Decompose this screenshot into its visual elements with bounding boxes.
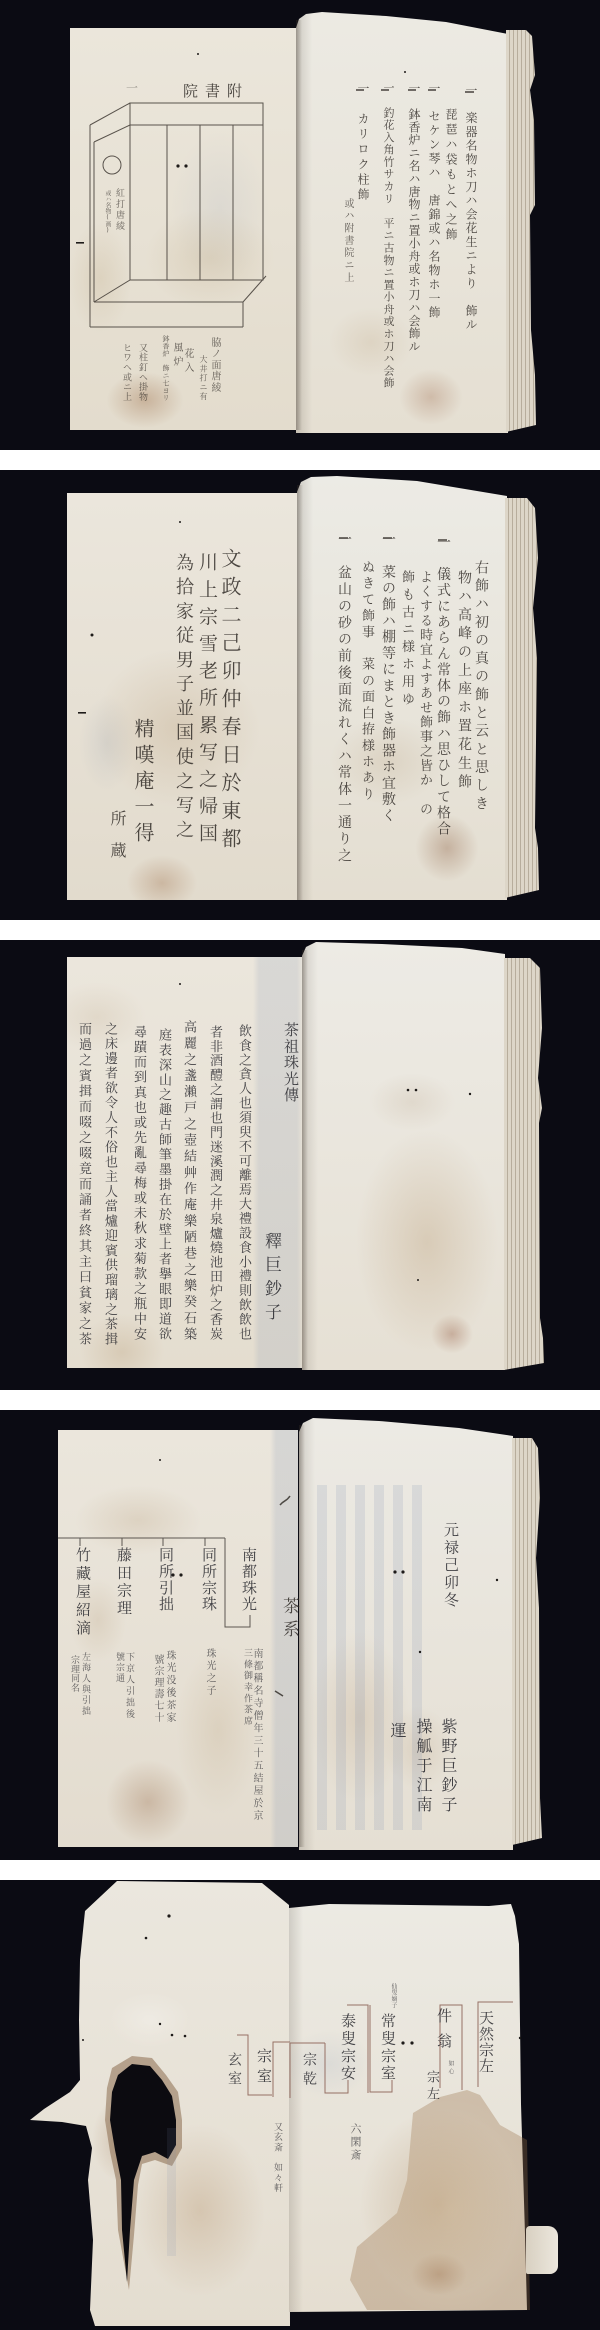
drawing-caption: 鉢香炉 飾ニ七ヨリ: [161, 335, 169, 401]
drawing-caption: 風炉: [171, 342, 182, 366]
photo-separator: [0, 450, 600, 470]
photo-5-damaged-book-spread: 宗室 玄室 又玄斎 如々軒 天然宗左 件翁 如心 宗左 仙叟嫡子 常叟宗室 泰叟…: [0, 1880, 600, 2330]
diagram-title-mark: 一: [126, 79, 138, 96]
lineage-note: 號宗理壽七十: [152, 1654, 163, 1722]
lineage-name: 常叟宗室: [379, 2013, 396, 2080]
page-marks: [0, 470, 600, 920]
lineage-name: 宗室: [255, 2048, 272, 2083]
lineage-note: 又玄斎 如々軒: [271, 2122, 281, 2192]
photo-3-book-spread: 茶祖珠光傳 釋巨鈔子 飲食之貪人也須臾不可離焉大禮設食小禮則飲飲也 者非酒醴之謂…: [0, 940, 600, 1390]
lineage-note: 三條御幸作茶席: [241, 1648, 251, 1725]
text-column: 琵琶ハ袋もとへ之飾: [443, 108, 457, 240]
lineage-chart-lines: [0, 1410, 600, 1860]
drawing-caption: 又柱釘ヘ掛物: [136, 343, 146, 401]
lineage-note: 左海人與引拙: [79, 1652, 89, 1715]
lineage-name: 同所宗珠: [200, 1547, 217, 1611]
text-column: 右飾ハ初の真の飾と云と思しき: [472, 560, 488, 810]
photo-separator: [0, 920, 600, 940]
text-column: 一 儀式にあらん常体の飾ハ思ひして格合: [434, 535, 450, 835]
colophon-date: 元禄己卯冬: [442, 1522, 459, 1607]
lineage-small-note: 仙叟嫡子: [389, 1983, 396, 2008]
colophon-column: 為拾家従男子並国使之写之: [173, 553, 193, 838]
circle-caption: 紅打唐綾: [113, 188, 123, 230]
drawing-caption: ヒワヘ或ニ上: [120, 343, 130, 401]
lineage-note: 號宗通: [113, 1652, 123, 1682]
colophon-column: 文政二己卯仲春日於東都: [219, 548, 241, 848]
lineage-name: 玄室: [225, 2052, 241, 2085]
colophon-owned: 所蔵: [108, 810, 126, 858]
lineage-note: 南都稱名寺僧年三十五結屋於京: [251, 1648, 262, 1820]
lineage-name: 竹藏屋紹滴: [74, 1547, 91, 1635]
text-column: 之床邊者欲令人不俗也主人當爐迎賓供瑠璃之茶揖: [101, 1022, 116, 1345]
text-column: 物ハ高峰の上座ホ置花生飾: [455, 570, 471, 788]
lineage-heading: 茶系: [279, 1597, 298, 1637]
text-column: 高麗之盞瀨戸之壺結艸作庵樂陋巷之樂癸石築: [180, 1020, 195, 1340]
text-column: 或ハ附書院ニ上: [341, 198, 353, 282]
text-column: 者非酒醴之謂也門迷溪潤之井泉爐燒池田炉之香炭: [206, 1025, 221, 1340]
text-column: 飲食之貪人也須臾不可離焉大禮設食小禮則飲飲也: [235, 1024, 250, 1340]
photo-1-book-spread: 一 附書院 紅打唐綾 或ハ名物(画) 脇ノ面唐綾 大井打ニ有 花入 風炉 鉢香炉…: [0, 0, 600, 450]
lineage-name: 藤田宗理: [115, 1547, 132, 1615]
text-column: 一 カリロク柱飾: [355, 82, 369, 200]
drawing-caption: 大井打ニ有: [198, 355, 207, 400]
colophon-column: 紫野巨鈔子: [439, 1718, 457, 1812]
diagram-title: 附書院: [183, 80, 249, 101]
text-column: 一 菜の飾ハ棚等にまとき飾器ホ宜敷く: [379, 532, 395, 822]
photo-separator: [0, 1390, 600, 1410]
text-column: 一 盆山の砂の前後面流れくハ常体一通り之: [335, 532, 351, 862]
photo-separator: [0, 1860, 600, 1880]
drawing-caption: 脇ノ面唐綾: [209, 337, 220, 392]
lineage-name: 泰叟宗安: [339, 2013, 356, 2080]
lineage-name: 南都珠光: [240, 1547, 257, 1611]
text-column: 一 鉢香炉ニ名ハ唐物ニ置小舟或ホ刀ハ会飾ル: [406, 82, 420, 352]
shoin-alcove-drawing: [0, 0, 600, 450]
lineage-note: 珠光之子: [204, 1648, 215, 1695]
lineage-note: 宗理同名: [68, 1655, 78, 1692]
book-author: 釋巨鈔子: [261, 1232, 280, 1320]
photo-4-book-spread: 茶系 南都珠光 同所宗珠 同所引拙 藤田宗理 竹藏屋紹滴 南都稱名寺僧年三十五結…: [0, 1410, 600, 1860]
lineage-note: 下京人引拙後: [123, 1652, 133, 1718]
colophon-column: 運: [388, 1722, 406, 1738]
text-column: 一 釣花入角竹サカリ 平ニ古物ニ置小舟或ホ刀ハ会飾: [381, 82, 394, 388]
text-column: 庭表深山之趣古師筆墨掛在於壁上者擧眼即道欲: [155, 1028, 170, 1340]
text-column: ぬきて飾事 菜の面白拵様ホあり: [358, 560, 373, 800]
colophon-column: 操觚于江南: [414, 1718, 432, 1812]
lineage-name: 同所引拙: [157, 1547, 174, 1611]
lineage-name: 宗乾: [300, 2052, 316, 2085]
lineage-small-note: 如心: [446, 2060, 453, 2074]
lineage-note: 珠光没後茶家: [164, 1650, 175, 1722]
colophon-signature: 精嘆庵一得: [132, 718, 154, 842]
circle-caption: 或ハ名物(画): [103, 190, 110, 234]
text-column: 一 セケン琴ハ 唐錦或ハ名物ホ一飾: [426, 82, 440, 318]
lineage-name: 宗左: [423, 2070, 438, 2100]
drawing-caption: 花入: [182, 348, 193, 372]
lineage-bracket-lines: [0, 1880, 600, 2330]
lineage-note: 六閑斎: [349, 2123, 361, 2160]
text-column: 而過之賓揖而啜之啜竟而誦者終其主曰貧家之茶: [75, 1022, 90, 1345]
text-column: よくする時宜よすあせ飾事之皆か の: [416, 570, 431, 815]
text-column: 尋蹟而到真也或先亂尋梅或未秋求菊款之瓶中安: [130, 1025, 145, 1340]
lineage-name: 天然宗左: [477, 2010, 494, 2073]
lineage-name: 件翁: [435, 2008, 452, 2048]
text-column: 飾も古ニ様ホ用ゆ: [398, 570, 413, 705]
book-title: 茶祖珠光傳: [282, 1022, 299, 1102]
photo-2-book-spread: 文政二己卯仲春日於東都 川上宗雪老所累写之帰国 為拾家従男子並国使之写之 精嘆庵…: [0, 470, 600, 920]
text-column: 一 楽器名物ホ刀ハ会花生ニより 飾ル: [463, 84, 477, 330]
colophon-column: 川上宗雪老所累写之帰国: [196, 552, 217, 842]
